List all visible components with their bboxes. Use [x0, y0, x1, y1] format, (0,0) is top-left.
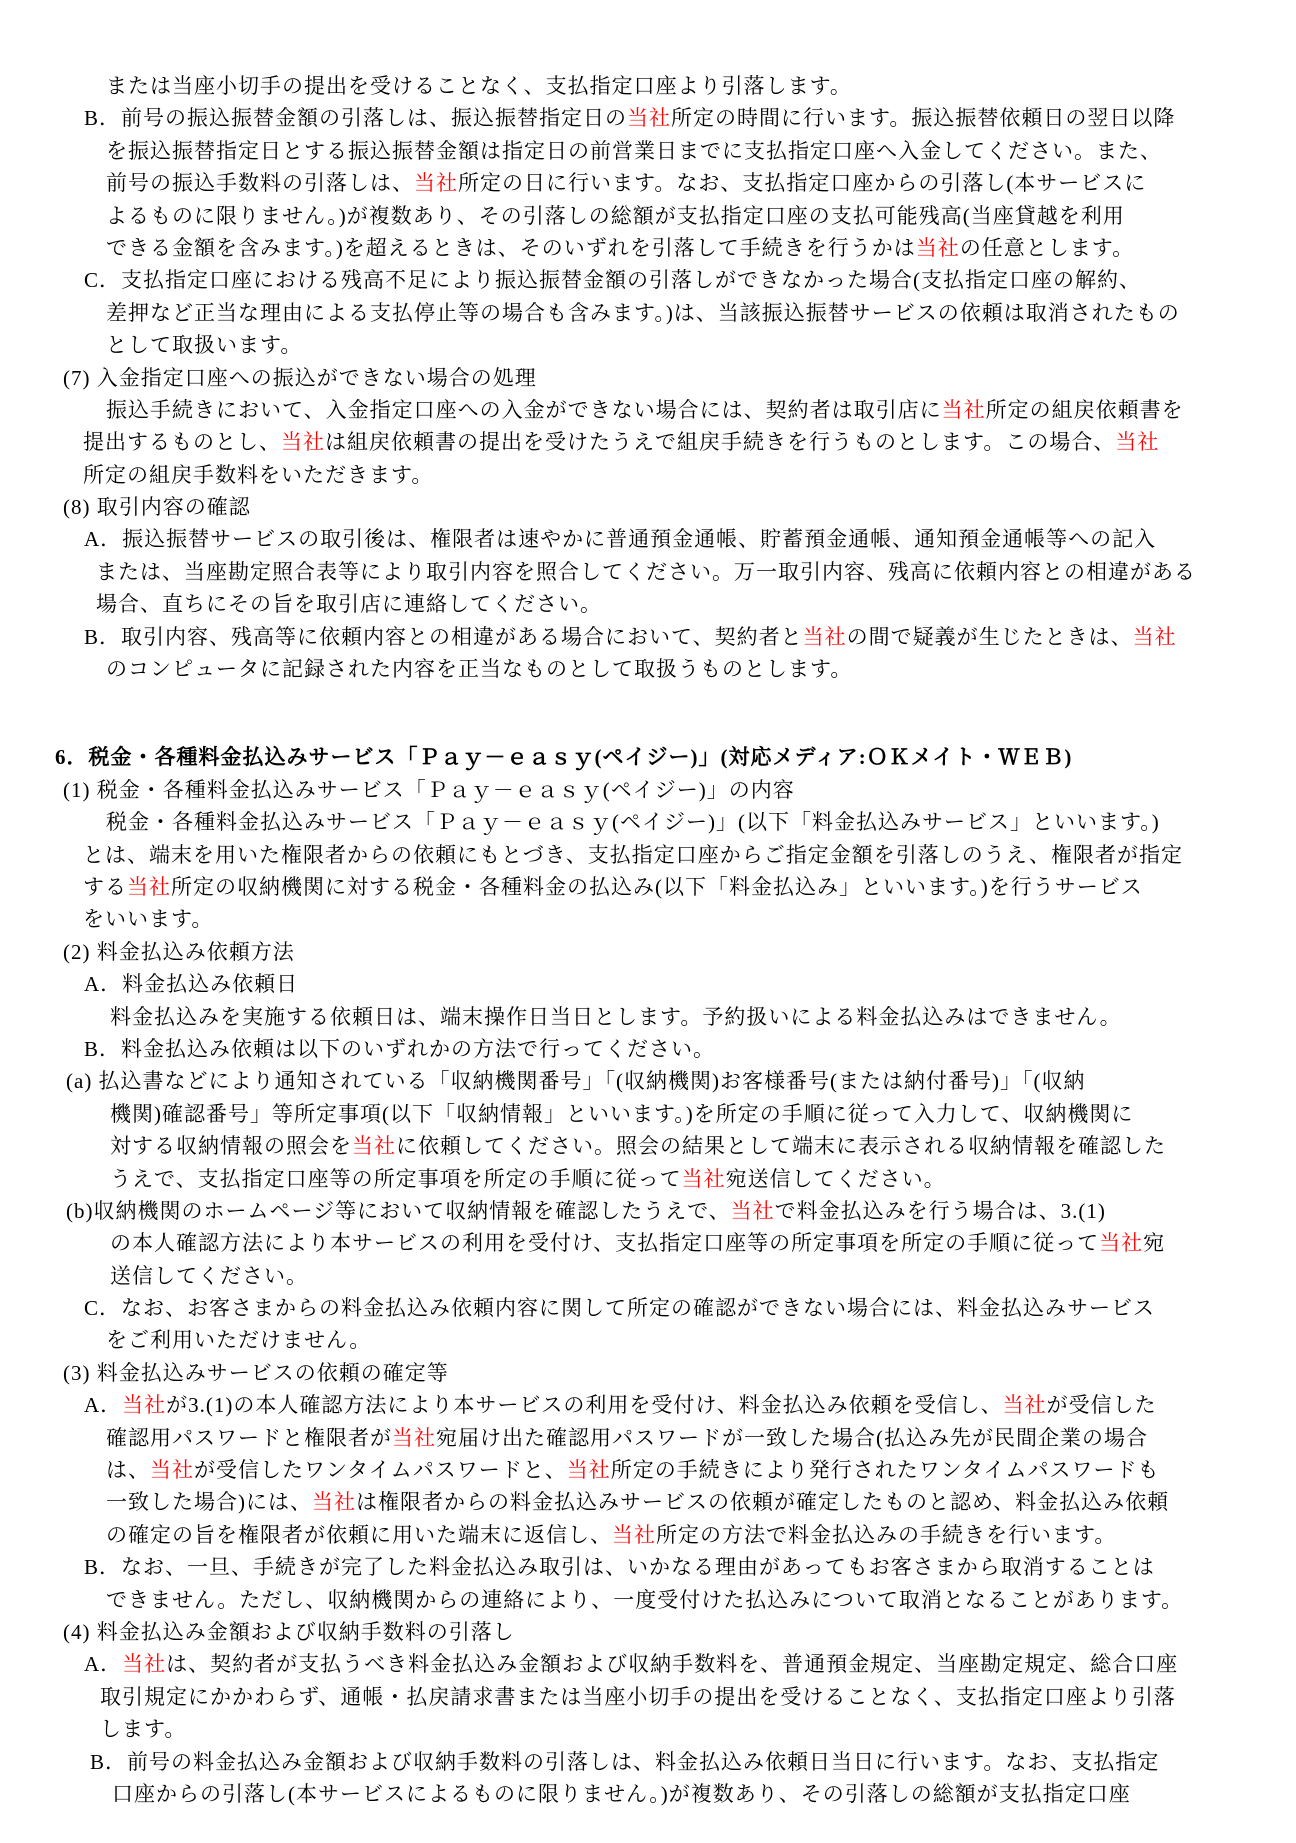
text-segment: (3) 料金払込みサービスの依頼の確定等	[63, 1361, 449, 1385]
text-segment: 税金・各種料金払込みサービス「Ｐａｙ－ｅａｓｙ(ペイジー)」(以下「料金払込みサ…	[106, 810, 1160, 834]
clause-item-b: B．取引内容、残高等に依頼内容との相違がある場合において、契約者と当社の間で疑義…	[0, 621, 1296, 653]
text-segment: で料金払込みを行う場合は、3.(1)	[775, 1199, 1106, 1223]
text-line: 一致した場合)には、当社は権限者からの料金払込みサービスの依頼が確定したものと認…	[0, 1486, 1296, 1518]
text-segment: 所定の組戻手数料をいただきます。	[83, 463, 433, 487]
text-segment: または当座小切手の提出を受けることなく、支払指定口座より引落します。	[106, 74, 852, 98]
text-segment: 提出するものとし、	[83, 430, 281, 454]
highlighted-term: 当社	[122, 1652, 166, 1676]
clause-item-a: A．料金払込み依頼日	[0, 968, 1296, 1000]
text-line: 料金払込みを実施する依頼日は、端末操作日当日とします。予約扱いによる料金払込みは…	[0, 1001, 1296, 1033]
clause-item-a-small: (a) 払込書などにより通知されている「収納機関番号」「(収納機関)お客様番号(…	[0, 1065, 1296, 1097]
text-segment: する	[83, 875, 127, 899]
text-line: できません。ただし、収納機関からの連絡により、一度受付けた払込みについて取消とな…	[0, 1584, 1296, 1616]
clause-heading-2: (2) 料金払込み依頼方法	[0, 936, 1296, 968]
text-line: のコンピュータに記録された内容を正当なものとして取扱うものとします。	[0, 653, 1296, 685]
text-segment: 対する収納情報の照会を	[110, 1134, 352, 1158]
text-segment: の間で疑義が生じたときは、	[847, 625, 1133, 649]
text-segment: (a) 払込書などにより通知されている「収納機関番号」「(収納機関)お客様番号(…	[66, 1069, 1086, 1093]
text-segment: 送信してください。	[110, 1264, 308, 1288]
document-page: または当座小切手の提出を受けることなく、支払指定口座より引落します。B．前号の振…	[0, 0, 1296, 1843]
clause-heading-3: (3) 料金払込みサービスの依頼の確定等	[0, 1357, 1296, 1389]
text-segment: に依頼してください。照会の結果として端末に表示される収納情報を確認した	[396, 1134, 1166, 1158]
text-line: 差押など正当な理由による支払停止等の場合も含みます。)は、当該振込振替サービスの…	[0, 297, 1296, 329]
highlighted-term: 当社	[627, 106, 671, 130]
text-segment: A．	[84, 1652, 122, 1676]
text-segment: します。	[100, 1717, 186, 1741]
text-segment: または、当座勘定照合表等により取引内容を照合してください。万一取引内容、残高に依…	[96, 560, 1196, 584]
text-segment: は、契約者が支払うべき料金払込み金額および収納手数料を、普通預金規定、当座勘定規…	[166, 1652, 1178, 1676]
highlighted-term: 当社	[312, 1490, 356, 1514]
text-segment: B．取引内容、残高等に依頼内容との相違がある場合において、契約者と	[84, 625, 803, 649]
text-line: 口座からの引落し(本サービスによるものに限りません。)が複数あり、その引落しの総…	[0, 1778, 1296, 1810]
text-segment: を振込振替指定日とする振込振替金額は指定日の前営業日までに支払指定口座へ入金して…	[106, 139, 1162, 163]
text-segment: が受信した	[1047, 1393, 1157, 1417]
text-segment: (8) 取引内容の確認	[63, 495, 251, 519]
text-segment: 宛届け出た確認用パスワードが一致した場合(払込み先が民間企業の場合	[436, 1426, 1148, 1450]
text-segment: (2) 料金払込み依頼方法	[63, 940, 295, 964]
clause-item-b: B．前号の振込振替金額の引落しは、振込振替指定日の当社所定の時間に行います。振込…	[0, 102, 1296, 134]
text-segment: とは、端末を用いた権限者からの依頼にもとづき、支払指定口座からご指定金額を引落し…	[83, 843, 1183, 867]
highlighted-term: 当社	[127, 875, 171, 899]
text-segment: の確定の旨を権限者が依頼に用いた端末に返信し、	[106, 1523, 612, 1547]
clause-item-c: C．なお、お客さまからの料金払込み依頼内容に関して所定の確認ができない場合には、…	[0, 1292, 1296, 1324]
text-segment: 前号の振込手数料の引落しは、	[106, 171, 414, 195]
text-segment: 口座からの引落し(本サービスによるものに限りません。)が複数あり、その引落しの総…	[112, 1782, 1131, 1806]
text-line: 振込手続きにおいて、入金指定口座への入金ができない場合には、契約者は取引店に当社…	[0, 394, 1296, 426]
highlighted-term: 当社	[1099, 1231, 1143, 1255]
text-line: 所定の組戻手数料をいただきます。	[0, 459, 1296, 491]
text-line: よるものに限りません。)が複数あり、その引落しの総額が支払指定口座の支払可能残高…	[0, 200, 1296, 232]
clause-heading-7: (7) 入金指定口座への振込ができない場合の処理	[0, 362, 1296, 394]
text-segment: (7) 入金指定口座への振込ができない場合の処理	[63, 366, 537, 390]
text-segment: のコンピュータに記録された内容を正当なものとして取扱うものとします。	[106, 657, 852, 681]
text-line: は、当社が受信したワンタイムパスワードと、当社所定の手続きにより発行されたワンタ…	[0, 1454, 1296, 1486]
text-segment: A．	[84, 1393, 122, 1417]
text-segment: B．料金払込み依頼は以下のいずれかの方法で行ってください。	[84, 1037, 715, 1061]
text-line: します。	[0, 1713, 1296, 1745]
text-segment: の本人確認方法により本サービスの利用を受付け、支払指定口座等の所定事項を所定の手…	[110, 1231, 1099, 1255]
text-line: 提出するものとし、当社は組戻依頼書の提出を受けたうえで組戻手続きを行うものとしま…	[0, 426, 1296, 458]
clause-item-b: B．なお、一旦、手続きが完了した料金払込み取引は、いかなる理由があってもお客さま…	[0, 1551, 1296, 1583]
text-segment: として取扱います。	[106, 333, 302, 357]
highlighted-term: 当社	[803, 625, 847, 649]
text-segment: B．前号の振込振替金額の引落しは、振込振替指定日の	[84, 106, 627, 130]
text-segment: 6．税金・各種料金払込みサービス「Ｐａｙ－ｅａｓｙ(ペイジー)」(対応メディア:…	[55, 745, 1072, 769]
text-line: をご利用いただけません。	[0, 1324, 1296, 1356]
clause-item-b: B．料金払込み依頼は以下のいずれかの方法で行ってください。	[0, 1033, 1296, 1065]
text-segment: C．なお、お客さまからの料金払込み依頼内容に関して所定の確認ができない場合には、…	[84, 1296, 1155, 1320]
section-heading-6: 6．税金・各種料金払込みサービス「Ｐａｙ－ｅａｓｙ(ペイジー)」(対応メディア:…	[0, 741, 1296, 773]
text-line: または、当座勘定照合表等により取引内容を照合してください。万一取引内容、残高に依…	[0, 556, 1296, 588]
clause-item-a: A．振込振替サービスの取引後は、権限者は速やかに普通預金通帳、貯蓄預金通帳、通知…	[0, 523, 1296, 555]
text-line: うえで、支払指定口座等の所定事項を所定の手順に従って当社宛送信してください。	[0, 1163, 1296, 1195]
text-line: を振込振替指定日とする振込振替金額は指定日の前営業日までに支払指定口座へ入金して…	[0, 135, 1296, 167]
text-segment: できません。ただし、収納機関からの連絡により、一度受付けた払込みについて取消とな…	[106, 1588, 1183, 1612]
text-line: 税金・各種料金払込みサービス「Ｐａｙ－ｅａｓｙ(ペイジー)」(以下「料金払込みサ…	[0, 806, 1296, 838]
text-segment: 宛送信してください。	[726, 1167, 946, 1191]
text-line: 確認用パスワードと権限者が当社宛届け出た確認用パスワードが一致した場合(払込み先…	[0, 1422, 1296, 1454]
text-segment: は組戻依頼書の提出を受けたうえで組戻手続きを行うものとします。この場合、	[325, 430, 1115, 454]
highlighted-term: 当社	[612, 1523, 656, 1547]
text-line: する当社所定の収納機関に対する税金・各種料金の払込み(以下「料金払込み」といいま…	[0, 871, 1296, 903]
text-segment: は権限者からの料金払込みサービスの依頼が確定したものと認め、料金払込み依頼	[356, 1490, 1169, 1514]
text-segment: できる金額を含みます。)を超えるときは、そのいずれを引落して手続きを行うかは	[106, 236, 916, 260]
text-segment: 所定の手続きにより発行されたワンタイムパスワードも	[611, 1458, 1160, 1482]
clause-heading-8: (8) 取引内容の確認	[0, 491, 1296, 523]
text-segment: 所定の日に行います。なお、支払指定口座からの引落し(本サービスに	[458, 171, 1146, 195]
highlighted-term: 当社	[392, 1426, 436, 1450]
text-line: 場合、直ちにその旨を取引店に連絡してください。	[0, 588, 1296, 620]
text-segment: 宛	[1143, 1231, 1165, 1255]
text-segment: よるものに限りません。)が複数あり、その引落しの総額が支払指定口座の支払可能残高…	[106, 204, 1125, 228]
clause-heading-4: (4) 料金払込み金額および収納手数料の引落し	[0, 1616, 1296, 1648]
highlighted-term: 当社	[352, 1134, 396, 1158]
text-segment: (4) 料金払込み金額および収納手数料の引落し	[63, 1620, 515, 1644]
text-segment: B．前号の料金払込み金額および収納手数料の引落しは、料金払込み依頼日当日に行いま…	[90, 1750, 1159, 1774]
highlighted-term: 当社	[942, 398, 986, 422]
clause-item-b: B．前号の料金払込み金額および収納手数料の引落しは、料金払込み依頼日当日に行いま…	[0, 1746, 1296, 1778]
text-segment: が受信したワンタイムパスワードと、	[194, 1458, 567, 1482]
text-segment: 場合、直ちにその旨を取引店に連絡してください。	[96, 592, 602, 616]
text-line: の確定の旨を権限者が依頼に用いた端末に返信し、当社所定の方法で料金払込みの手続き…	[0, 1519, 1296, 1551]
highlighted-term: 当社	[281, 430, 325, 454]
text-line: とは、端末を用いた権限者からの依頼にもとづき、支払指定口座からご指定金額を引落し…	[0, 839, 1296, 871]
text-line: の本人確認方法により本サービスの利用を受付け、支払指定口座等の所定事項を所定の手…	[0, 1227, 1296, 1259]
highlighted-term: 当社	[122, 1393, 166, 1417]
text-segment: うえで、支払指定口座等の所定事項を所定の手順に従って	[110, 1167, 682, 1191]
text-line: 前号の振込手数料の引落しは、当社所定の日に行います。なお、支払指定口座からの引落…	[0, 167, 1296, 199]
text-segment: A．料金払込み依頼日	[84, 972, 298, 996]
highlighted-term: 当社	[150, 1458, 194, 1482]
text-line: として取扱います。	[0, 329, 1296, 361]
text-segment: 所定の時間に行います。振込振替依頼日の翌日以降	[671, 106, 1175, 130]
highlighted-term: 当社	[731, 1199, 775, 1223]
text-line: 対する収納情報の照会を当社に依頼してください。照会の結果として端末に表示される収…	[0, 1130, 1296, 1162]
text-line: をいいます。	[0, 903, 1296, 935]
clause-item-a: A．当社が3.(1)の本人確認方法により本サービスの利用を受付け、料金払込み依頼…	[0, 1389, 1296, 1421]
text-segment: B．なお、一旦、手続きが完了した料金払込み取引は、いかなる理由があってもお客さま…	[84, 1555, 1155, 1579]
text-line: または当座小切手の提出を受けることなく、支払指定口座より引落します。	[0, 70, 1296, 102]
highlighted-term: 当社	[567, 1458, 611, 1482]
text-segment: 所定の方法で料金払込みの手続きを行います。	[656, 1523, 1116, 1547]
text-segment: (1) 税金・各種料金払込みサービス「Ｐａｙ－ｅａｓｙ(ペイジー)」の内容	[63, 778, 795, 802]
text-segment: 料金払込みを実施する依頼日は、端末操作日当日とします。予約扱いによる料金払込みは…	[110, 1005, 1122, 1029]
text-segment: (b)収納機関のホームページ等において収納情報を確認したうえで、	[66, 1199, 731, 1223]
text-line: 送信してください。	[0, 1260, 1296, 1292]
text-segment: が3.(1)の本人確認方法により本サービスの利用を受付け、料金払込み依頼を受信し…	[166, 1393, 1002, 1417]
text-line: 取引規定にかかわらず、通帳・払戻請求書または当座小切手の提出を受けることなく、支…	[0, 1681, 1296, 1713]
highlighted-term: 当社	[682, 1167, 726, 1191]
text-segment: 所定の収納機関に対する税金・各種料金の払込み(以下「料金払込み」といいます。)を…	[171, 875, 1143, 899]
highlighted-term: 当社	[1133, 625, 1177, 649]
text-line: できる金額を含みます。)を超えるときは、そのいずれを引落して手続きを行うかは当社…	[0, 232, 1296, 264]
text-segment: をいいます。	[83, 907, 213, 931]
text-segment: 所定の組戻依頼書を	[986, 398, 1184, 422]
text-segment: をご利用いただけません。	[106, 1328, 371, 1352]
clause-item-b-small: (b)収納機関のホームページ等において収納情報を確認したうえで、当社で料金払込み…	[0, 1195, 1296, 1227]
highlighted-term: 当社	[1115, 430, 1159, 454]
highlighted-term: 当社	[916, 236, 960, 260]
highlighted-term: 当社	[1003, 1393, 1047, 1417]
section-spacer	[0, 685, 1296, 741]
text-segment: 差押など正当な理由による支払停止等の場合も含みます。)は、当該振込振替サービスの…	[106, 301, 1180, 325]
text-segment: 取引規定にかかわらず、通帳・払戻請求書または当座小切手の提出を受けることなく、支…	[100, 1685, 1176, 1709]
clause-item-c: C．支払指定口座における残高不足により振込振替金額の引落しができなかった場合(支…	[0, 264, 1296, 296]
text-segment: の任意とします。	[960, 236, 1134, 260]
text-segment: は、	[106, 1458, 150, 1482]
text-segment: 機関)確認番号」等所定事項(以下「収納情報」といいます。)を所定の手順に従って入…	[110, 1102, 1133, 1126]
text-segment: 確認用パスワードと権限者が	[106, 1426, 392, 1450]
highlighted-term: 当社	[414, 171, 458, 195]
text-line: 機関)確認番号」等所定事項(以下「収納情報」といいます。)を所定の手順に従って入…	[0, 1098, 1296, 1130]
text-segment: 一致した場合)には、	[106, 1490, 312, 1514]
text-segment: C．支払指定口座における残高不足により振込振替金額の引落しができなかった場合(支…	[84, 268, 1141, 292]
text-segment: 振込手続きにおいて、入金指定口座への入金ができない場合には、契約者は取引店に	[106, 398, 942, 422]
text-segment: A．振込振替サービスの取引後は、権限者は速やかに普通預金通帳、貯蓄預金通帳、通知…	[84, 527, 1156, 551]
clause-item-a: A．当社は、契約者が支払うべき料金払込み金額および収納手数料を、普通預金規定、当…	[0, 1648, 1296, 1680]
clause-heading-1: (1) 税金・各種料金払込みサービス「Ｐａｙ－ｅａｓｙ(ペイジー)」の内容	[0, 774, 1296, 806]
